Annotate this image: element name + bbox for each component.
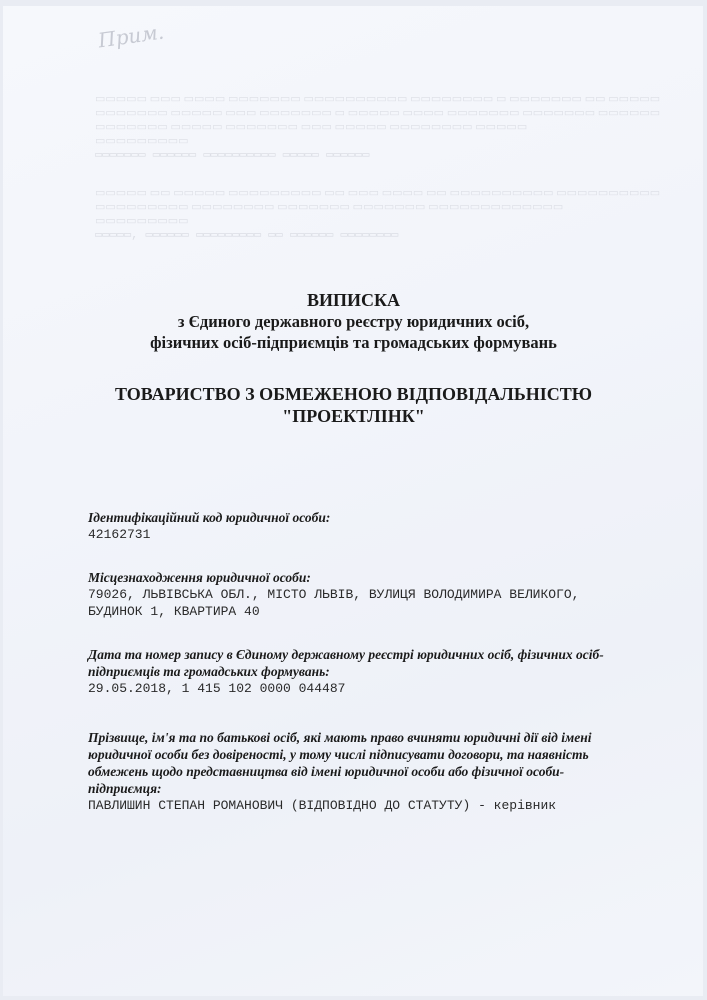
show-through-text: ▭▭▭▭▭ ▭▭▭ ▭▭▭▭ ▭▭▭▭▭▭▭ ▭▭▭▭▭▭▭▭▭▭ ▭▭▭▭▭▭… [3, 92, 703, 162]
field-location: Місцезнаходження юридичної особи: 79026,… [88, 569, 628, 620]
field-label: Дата та номер запису в Єдиному державном… [88, 646, 628, 680]
document-subtitle-line-1: з Єдиного державного реєстру юридичних о… [3, 311, 703, 332]
company-name-line-1: ТОВАРИСТВО З ОБМЕЖЕНОЮ ВІДПОВІДАЛЬНІСТЮ [3, 383, 703, 405]
field-label: Прізвище, ім'я та по батькові осіб, які … [88, 729, 628, 797]
field-identification-code: Ідентифікаційний код юридичної особи: 42… [88, 509, 628, 543]
field-authorized-persons: Прізвище, ім'я та по батькові осіб, які … [88, 729, 628, 814]
field-label: Місцезнаходження юридичної особи: [88, 569, 628, 586]
document-subtitle-line-2: фізичних осіб-підприємців та громадських… [3, 332, 703, 353]
handwritten-note: Прим. [97, 20, 166, 53]
field-value: 79026, ЛЬВІВСЬКА ОБЛ., МІСТО ЛЬВІВ, ВУЛИ… [88, 586, 628, 620]
company-name-line-2: "ПРОЕКТЛІНК" [3, 405, 703, 427]
document-page: Прим. ▭▭▭▭▭ ▭▭▭ ▭▭▭▭ ▭▭▭▭▭▭▭ ▭▭▭▭▭▭▭▭▭▭ … [3, 6, 703, 996]
field-value: 29.05.2018, 1 415 102 0000 044487 [88, 680, 628, 697]
field-value: 42162731 [88, 526, 628, 543]
document-header: ВИПИСКА з Єдиного державного реєстру юри… [3, 289, 703, 353]
field-value: ПАВЛИШИН СТЕПАН РОМАНОВИЧ (ВІДПОВІДНО ДО… [88, 797, 628, 814]
field-label: Ідентифікаційний код юридичної особи: [88, 509, 628, 526]
company-name: ТОВАРИСТВО З ОБМЕЖЕНОЮ ВІДПОВІДАЛЬНІСТЮ … [3, 383, 703, 427]
field-registration-record: Дата та номер запису в Єдиному державном… [88, 646, 628, 697]
show-through-text-2: ▭▭▭▭▭ ▭▭ ▭▭▭▭▭ ▭▭▭▭▭▭▭▭▭ ▭▭ ▭▭▭ ▭▭▭▭ ▭▭ … [3, 186, 703, 242]
document-title: ВИПИСКА [3, 289, 703, 311]
